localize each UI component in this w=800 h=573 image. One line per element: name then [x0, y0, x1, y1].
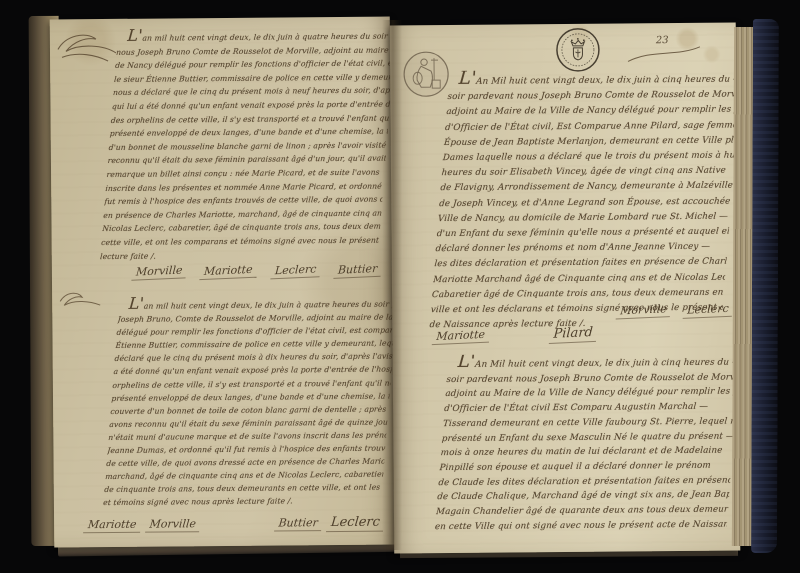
embossed-revenue-stamp-icon: [402, 49, 450, 99]
signature-leclerc: Leclerc: [270, 262, 320, 279]
signature-buttier-2: Buttier: [274, 516, 323, 531]
signature-pilard: Pilard: [548, 325, 597, 344]
margin-paraph-flourish-2: [56, 287, 116, 314]
signature-buttier: Buttier: [334, 262, 382, 279]
manuscript-line: et témoins signé avec nous après lecture…: [103, 494, 382, 510]
signature-row-left-act2: Mariotte Morville Buttier Leclerc: [83, 511, 385, 533]
signature-morville-2: Morville: [145, 517, 201, 532]
manuscript-line: L'an mil huit cent vingt deux, le dix ju…: [117, 26, 396, 45]
act-text-right-2: L'An Mil huit cent vingt deux, le dix ju…: [434, 352, 740, 534]
act-text-right-1: L'An Mil huit cent vingt deux, le dix ju…: [429, 68, 742, 333]
signature-leclerc-r: Leclerc: [682, 302, 732, 319]
manuscript-line: lecture faite /.: [100, 247, 379, 263]
signature-mariotte: Mariotte: [200, 263, 258, 280]
manuscript-line: L'An Mil huit cent vingt deux, le dix ju…: [448, 68, 742, 90]
act-text-left-1: L'an mil huit cent vingt deux, le dix ju…: [100, 26, 396, 263]
photograph-background: L'an mil huit cent vingt deux, le dix ju…: [0, 0, 800, 573]
manuscript-line: en cette Ville qui ont signé avec nous l…: [434, 517, 727, 534]
signature-morville: Morville: [131, 263, 187, 280]
page-number-flourish: [626, 45, 704, 66]
signature-row-left-act1: Morville Mariotte Leclerc Buttier: [131, 263, 382, 280]
manuscript-line: cette ville, et ont les comparans et tém…: [101, 234, 380, 250]
royal-crown-ink-stamp-icon: [555, 27, 601, 73]
signature-mariotte-r: Mariotte: [432, 328, 490, 345]
signature-morville-r: Morville: [616, 302, 672, 319]
signature-leclerc-2: Leclerc: [326, 515, 385, 533]
manuscript-line: L'An Mil huit cent vingt deux, le dix ju…: [447, 352, 740, 372]
signature-row-right-below: Mariotte Pilard: [432, 325, 664, 344]
act-text-left-2: L'an mil huit cent vingt deux, le dix ju…: [103, 294, 398, 509]
signature-row-right-inline: Morville Leclerc: [581, 303, 732, 319]
signature-mariotte-2: Mariotte: [83, 518, 141, 534]
left-page: L'an mil huit cent vingt deux, le dix ju…: [50, 17, 395, 548]
book-cover-edge: [751, 19, 779, 553]
right-page: 23 L'An Mil huit cent vingt deux, le dix…: [390, 23, 741, 554]
